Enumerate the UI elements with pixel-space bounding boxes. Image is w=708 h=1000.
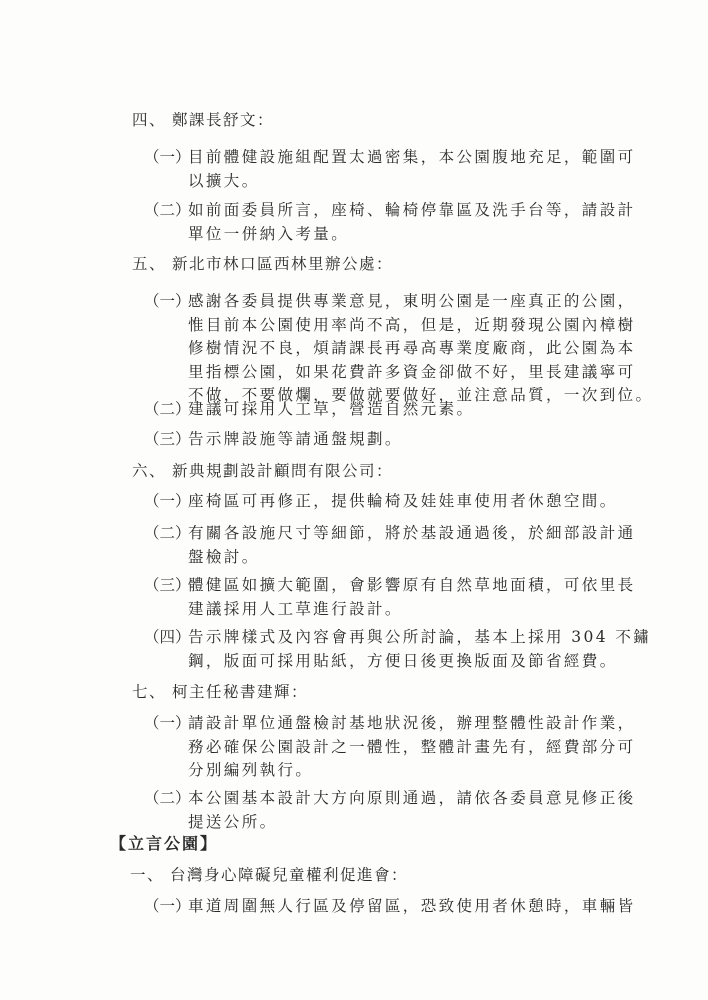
- item-line: 有關各設施尺寸等細節，將於基設通過後，於細部設計通: [188, 522, 594, 546]
- heading-text: 台灣身心障礙兒童權利促進會：: [170, 866, 408, 884]
- heading-number: 七、: [132, 680, 172, 702]
- section2-heading-1: 一、台灣身心障礙兒童權利促進會：: [130, 863, 408, 885]
- item-marker: （二）: [144, 522, 191, 546]
- list-item: （二） 建議可採用人工草，營造自然元素。: [144, 398, 594, 422]
- item-line: 感謝各委員提供專業意見，東明公園是一座真正的公園，: [188, 290, 594, 314]
- list-item: （四） 告示牌樣式及內容會再與公所討論，基本上採用 304 不鏽 鋼，版面可採用…: [144, 626, 594, 673]
- item-line: 惟目前本公園使用率尚不高，但是，近期發現公園內樟樹: [188, 314, 594, 338]
- heading-text: 新北市林口區西林里辦公處：: [172, 255, 393, 273]
- item-marker: （二）: [144, 199, 191, 223]
- item-marker: （二）: [144, 398, 191, 422]
- heading-number: 五、: [132, 252, 172, 274]
- list-item: （一） 座椅區可再修正，提供輪椅及娃娃車使用者休憩空間。: [144, 490, 594, 514]
- list-item: （三） 告示牌設施等請通盤規劃。: [144, 428, 594, 452]
- item-marker: （二）: [144, 787, 191, 811]
- item-line: 建議採用人工草進行設計。: [188, 598, 594, 622]
- heading-text: 新典規劃設計顧問有限公司：: [172, 462, 393, 480]
- item-line: 車道周圍無人行區及停留區，恐致使用者休憩時，車輛皆: [188, 895, 594, 919]
- heading-text: 鄭課長舒文：: [172, 111, 274, 129]
- heading-number: 四、: [132, 108, 172, 130]
- item-line: 告示牌樣式及內容會再與公所討論，基本上採用 304 不鏽: [188, 626, 594, 650]
- heading-7: 七、柯主任秘書建輝：: [132, 680, 308, 702]
- document-page: 四、鄭課長舒文： （一） 目前體健設施組配置太過密集，本公園腹地充足，範圍可 以…: [0, 0, 708, 1000]
- item-line: 盤檢討。: [188, 546, 594, 570]
- item-marker: （一）: [144, 290, 191, 314]
- item-line: 本公園基本設計大方向原則通過，請依各委員意見修正後: [188, 787, 594, 811]
- item-line: 以擴大。: [188, 170, 594, 194]
- item-marker: （三）: [144, 574, 191, 598]
- item-marker: （一）: [144, 490, 191, 514]
- list-item: （一） 目前體健設施組配置太過密集，本公園腹地充足，範圍可 以擴大。: [144, 146, 594, 193]
- item-marker: （一）: [144, 146, 191, 170]
- item-line: 鋼，版面可採用貼紙，方便日後更換版面及節省經費。: [188, 650, 594, 674]
- item-marker: （一）: [144, 895, 191, 919]
- item-line: 請設計單位通盤檢討基地狀況後，辦理整體性設計作業，: [188, 712, 594, 736]
- item-line: 單位一併納入考量。: [188, 223, 594, 247]
- section-title: 【立言公園】: [110, 831, 218, 854]
- item-line: 如前面委員所言，座椅、輪椅停靠區及洗手台等，請設計: [188, 199, 594, 223]
- item-line: 體健區如擴大範圍，會影響原有自然草地面積，可依里長: [188, 574, 594, 598]
- list-item: （一） 車道周圍無人行區及停留區，恐致使用者休憩時，車輛皆: [144, 895, 594, 919]
- list-item: （三） 體健區如擴大範圍，會影響原有自然草地面積，可依里長 建議採用人工草進行設…: [144, 574, 594, 621]
- heading-4: 四、鄭課長舒文：: [132, 108, 274, 130]
- heading-text: 柯主任秘書建輝：: [172, 683, 308, 701]
- heading-number: 一、: [130, 863, 170, 885]
- item-marker: （三）: [144, 428, 191, 452]
- item-line: 里指標公園，如果花費許多資金卻做不好，里長建議寧可: [188, 361, 594, 385]
- list-item: （二） 如前面委員所言，座椅、輪椅停靠區及洗手台等，請設計 單位一併納入考量。: [144, 199, 594, 246]
- item-marker: （四）: [144, 626, 191, 650]
- list-item: （一） 請設計單位通盤檢討基地狀況後，辦理整體性設計作業， 務必確保公園設計之一…: [144, 712, 594, 783]
- list-item: （二） 本公園基本設計大方向原則通過，請依各委員意見修正後 提送公所。: [144, 787, 594, 834]
- list-item: （二） 有關各設施尺寸等細節，將於基設通過後，於細部設計通 盤檢討。: [144, 522, 594, 569]
- item-marker: （一）: [144, 712, 191, 736]
- heading-5: 五、新北市林口區西林里辦公處：: [132, 252, 393, 274]
- item-line: 告示牌設施等請通盤規劃。: [188, 428, 594, 452]
- item-line: 提送公所。: [188, 811, 594, 835]
- item-line: 務必確保公園設計之一體性，整體計畫先有，經費部分可: [188, 736, 594, 760]
- item-line: 建議可採用人工草，營造自然元素。: [188, 398, 594, 422]
- item-line: 座椅區可再修正，提供輪椅及娃娃車使用者休憩空間。: [188, 490, 594, 514]
- item-line: 分別編列執行。: [188, 759, 594, 783]
- heading-number: 六、: [132, 459, 172, 481]
- item-line: 目前體健設施組配置太過密集，本公園腹地充足，範圍可: [188, 146, 594, 170]
- heading-6: 六、新典規劃設計顧問有限公司：: [132, 459, 393, 481]
- list-item: （一） 感謝各委員提供專業意見，東明公園是一座真正的公園， 惟目前本公園使用率尚…: [144, 290, 594, 408]
- item-line: 修樹情況不良，煩請課長再尋高專業度廠商，此公園為本: [188, 337, 594, 361]
